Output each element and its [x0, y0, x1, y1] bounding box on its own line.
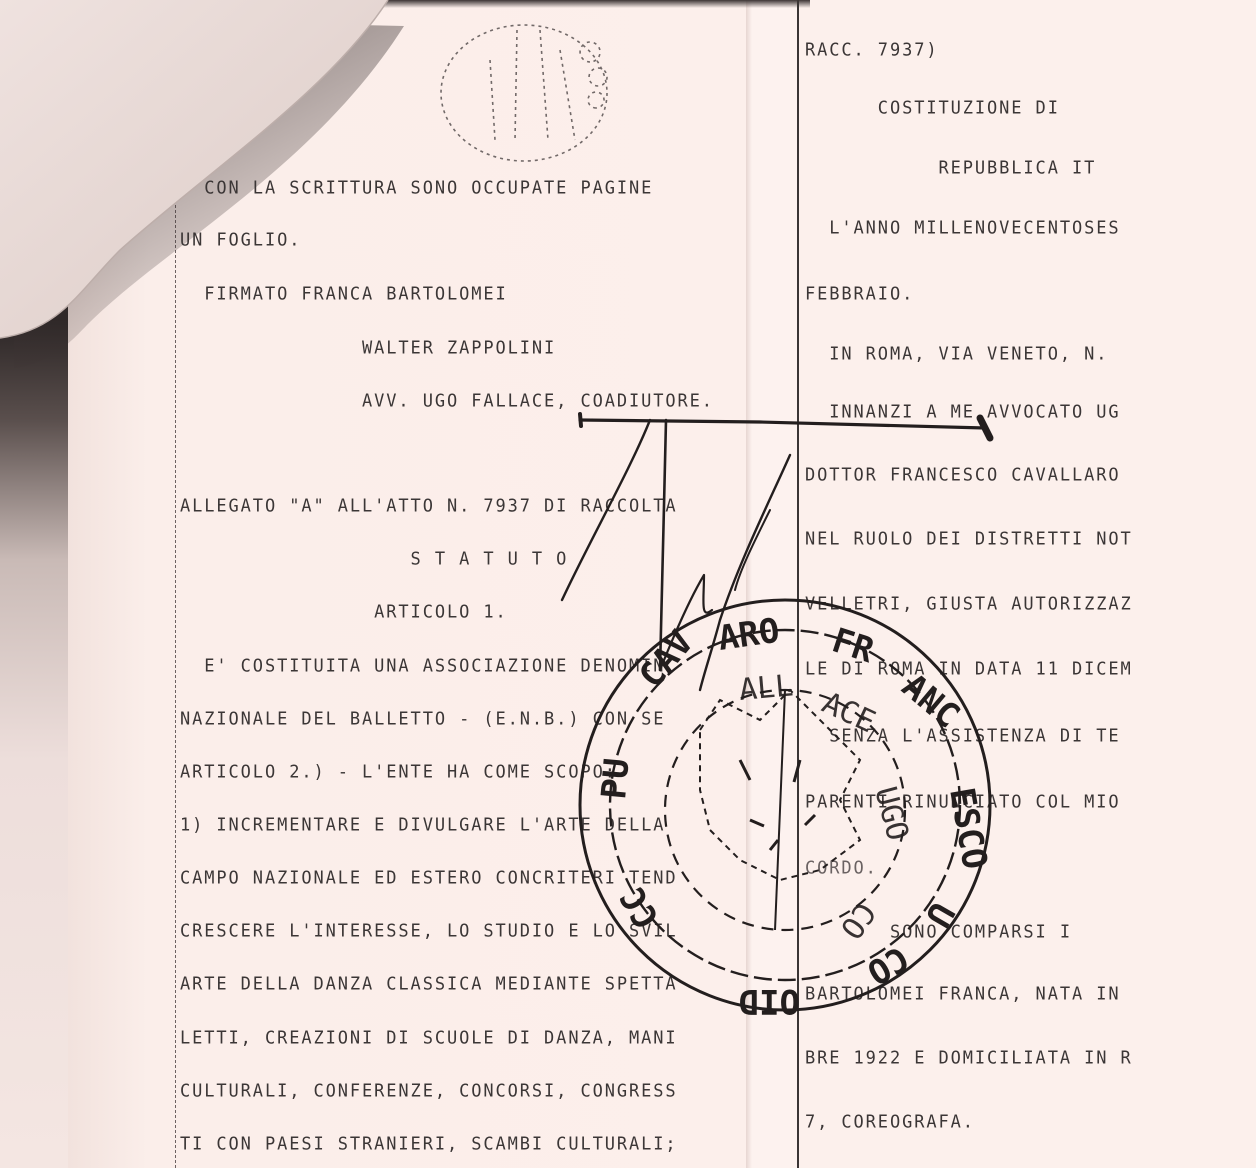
text-line: 1) INCREMENTARE E DIVULGARE L'ARTE DELLA — [180, 815, 665, 836]
text-line: INNANZI A ME AVVOCATO UG — [805, 402, 1121, 423]
text-line: 7, COREOGRAFA. — [805, 1112, 975, 1133]
text-line: SONO COMPARSI I — [805, 922, 1072, 943]
text-line: BRE 1922 E DOMICILIATA IN R — [805, 1048, 1133, 1069]
text-line: CAMPO NAZIONALE ED ESTERO CONCRITERI TEN… — [180, 868, 678, 889]
text-line: S T A T U T O — [180, 549, 568, 570]
text-line: CORDO. — [805, 858, 878, 879]
text-line: FEBBRAIO. — [805, 284, 914, 305]
text-line: L'ANNO MILLENOVECENTOSES — [805, 218, 1121, 239]
text-line: BARTOLOMEI FRANCA, NATA IN — [805, 984, 1121, 1005]
text-line: ALLEGATO "A" ALL'ATTO N. 7937 DI RACCOLT… — [180, 496, 678, 517]
text-line: CULTURALI, CONFERENZE, CONCORSI, CONGRES… — [180, 1081, 678, 1102]
text-line: LE DI ROMA IN DATA 11 DICEM — [805, 659, 1133, 680]
text-line: VELLETRI, GIUSTA AUTORIZZAZ — [805, 594, 1133, 615]
text-line: NEL RUOLO DEI DISTRETTI NOT — [805, 529, 1133, 550]
text-line: PARENTI RINUNCIATO COL MIO — [805, 792, 1121, 813]
text-line: CON LA SCRITTURA SONO OCCUPATE PAGINE — [180, 178, 653, 199]
text-line: RACC. 7937) — [805, 40, 938, 61]
document-photo: CON LA SCRITTURA SONO OCCUPATE PAGINE UN… — [0, 0, 1256, 1168]
text-line: FIRMATO FRANCA BARTOLOMEI — [180, 284, 508, 305]
text-line: CRESCERE L'INTERESSE, LO STUDIO E LO SVI… — [180, 921, 678, 942]
text-line: AVV. UGO FALLACE, COADIUTORE. — [180, 391, 714, 412]
text-line: TI CON PAESI STRANIERI, SCAMBI CULTURALI… — [180, 1134, 678, 1155]
text-line: ARTICOLO 1. — [180, 602, 508, 623]
text-line: LETTI, CREAZIONI DI SCUOLE DI DANZA, MAN… — [180, 1028, 678, 1049]
text-line: NAZIONALE DEL BALLETTO - (E.N.B.) CON SE — [180, 709, 665, 730]
text-line: IN ROMA, VIA VENETO, N. — [805, 344, 1108, 365]
text-line: DOTTOR FRANCESCO CAVALLARO — [805, 465, 1121, 486]
text-line: REPUBBLICA IT — [805, 158, 1096, 179]
text-line: ARTE DELLA DANZA CLASSICA MEDIANTE SPETT… — [180, 974, 678, 995]
text-line: COSTITUZIONE DI — [805, 98, 1060, 119]
text-line: E' COSTITUITA UNA ASSOCIAZIONE DENOMIN — [180, 656, 665, 677]
text-line: ARTICOLO 2.) - L'ENTE HA COME SCOPO: — [180, 762, 617, 783]
text-line: SENZA L'ASSISTENZA DI TE — [805, 726, 1121, 747]
text-line: WALTER ZAPPOLINI — [180, 338, 556, 359]
text-line: UN FOGLIO. — [180, 230, 301, 251]
